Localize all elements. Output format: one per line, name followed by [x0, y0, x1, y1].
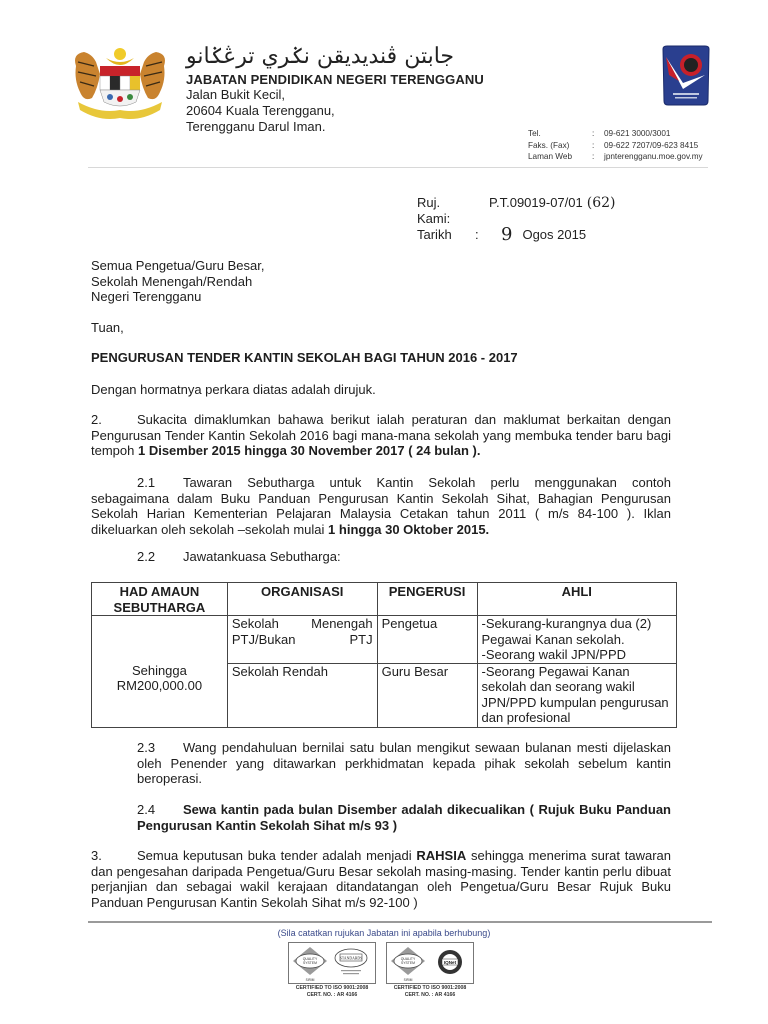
department-name: JABATAN PENDIDIKAN NEGERI TERENGGANU [186, 72, 484, 87]
ahli-cell: -Sekurang-kurangnya dua (2) Pegawai Kana… [477, 616, 677, 664]
paragraph-number: 2.4 [137, 802, 183, 818]
paragraph-3: 3.Semua keputusan buka tender adalah men… [91, 848, 671, 910]
table-row: Sehingga RM200,000.00 Sekolah Menengah P… [92, 616, 677, 664]
organisasi-cell: Sekolah Menengah PTJ/Bukan PTJ [227, 616, 377, 664]
malaysia-coat-of-arms-logo [70, 44, 170, 122]
paragraph-2-4: 2.4Sewa kantin pada bulan Disember adala… [137, 802, 671, 833]
ruj-value: P.T.09019-07/01 [489, 195, 583, 227]
paragraph-text: Wang pendahuluan bernilai satu bulan men… [137, 740, 671, 786]
column-header: HAD AMAUN SEBUTHARGA [92, 583, 228, 616]
ruj-handwritten-number: (62) [587, 195, 616, 227]
address-line-2: 20604 Kuala Terengganu, [186, 103, 335, 118]
ahli-line: -Seorang wakil JPN/PPD [482, 647, 673, 663]
fax-value: 09-622 7207/09-623 8415 [604, 140, 698, 152]
cert-caption-2: CERTIFIED TO ISO 9001:2008 CERT. NO. : A… [382, 985, 478, 999]
cert-number: CERT. NO. : AR 4166 [284, 992, 380, 999]
cert-caption-1: CERTIFIED TO ISO 9001:2008 CERT. NO. : A… [284, 985, 380, 999]
paragraph-number: 2.1 [137, 475, 183, 491]
moe-terengganu-logo [661, 45, 711, 107]
intro-sentence: Dengan hormatnya perkara diatas adalah d… [91, 382, 376, 398]
contact-separator: : [592, 151, 604, 163]
svg-text:SYSTEM: SYSTEM [303, 961, 317, 965]
column-header: ORGANISASI [227, 583, 377, 616]
salutation: Tuan, [91, 320, 124, 336]
sirim-quality-icon: QUALITY SYSTEM SIRIM [293, 947, 327, 982]
ahli-line: -Seorang Pegawai Kanan sekolah dan seora… [482, 664, 673, 726]
paragraph-bold-text: RAHSIA [416, 848, 466, 863]
contact-separator: : [592, 140, 604, 152]
recipients: Semua Pengetua/Guru Besar, Sekolah Menen… [91, 258, 264, 305]
iqnet-icon: IQNet [438, 950, 462, 974]
reference-block: Ruj. Kami: P.T.09019-07/01 (62) Tarikh :… [417, 195, 615, 243]
svg-text:IQNet: IQNet [444, 960, 457, 965]
ahli-line: -Sekurang-kurangnya dua (2) Pegawai Kana… [482, 616, 673, 647]
organisasi-cell: Sekolah Rendah [227, 663, 377, 727]
pengerusi-cell: Pengetua [377, 616, 477, 664]
paragraph-text: Jawatankuasa Sebutharga: [183, 549, 341, 564]
paragraph-2-3: 2.3Wang pendahuluan bernilai satu bulan … [137, 740, 671, 787]
date-day-handwritten: 9 [501, 227, 512, 243]
iso-cert-badge-1: QUALITY SYSTEM SIRIM STANDARDS [288, 942, 376, 984]
date-month-year: Ogos 2015 [522, 227, 586, 243]
reference-number-row: Ruj. Kami: P.T.09019-07/01 (62) [417, 195, 615, 227]
paragraph-number: 2.3 [137, 740, 183, 756]
paragraph-2: 2.Sukacita dimaklumkan bahawa berikut ia… [91, 412, 671, 459]
paragraph-2-1: 2.1Tawaran Sebutharga untuk Kantin Sekol… [91, 475, 671, 537]
date-label: Tarikh [417, 227, 475, 243]
sirim-quality-icon: QUALITY SYSTEM SIRIM [391, 947, 425, 982]
footer-divider [88, 921, 712, 923]
contact-label: Laman Web [528, 151, 592, 163]
amount-cell: Sehingga RM200,000.00 [92, 616, 228, 728]
paragraph-bold-text: 1 hingga 30 Oktober 2015. [328, 522, 489, 537]
paragraph-bold-text: Sewa kantin pada bulan Disember adalah d… [137, 802, 671, 833]
tel-value: 09-621 3000/3001 [604, 128, 670, 140]
paragraph-number: 2.2 [137, 549, 183, 565]
contact-separator: : [592, 128, 604, 140]
committee-table: HAD AMAUN SEBUTHARGA ORGANISASI PENGERUS… [91, 582, 677, 728]
iso-cert-badge-2: QUALITY SYSTEM SIRIM IQNet [386, 942, 474, 984]
letter-subject: PENGURUSAN TENDER KANTIN SEKOLAH BAGI TA… [91, 350, 518, 366]
ruj-label: Ruj. Kami: [417, 195, 475, 227]
address-line-3: Terengganu Darul Iman. [186, 119, 325, 134]
recipient-line: Semua Pengetua/Guru Besar, [91, 258, 264, 274]
paragraph-number: 3. [91, 848, 137, 864]
contact-label: Faks. (Fax) [528, 140, 592, 152]
paragraph-text: Semua keputusan buka tender adalah menja… [137, 848, 416, 863]
standards-mark-icon: STANDARDS [335, 949, 367, 974]
svg-text:SIRIM: SIRIM [306, 978, 315, 982]
contact-block: Tel. : 09-621 3000/3001 Faks. (Fax) : 09… [528, 128, 703, 163]
column-header: PENGERUSI [377, 583, 477, 616]
recipient-line: Sekolah Menengah/Rendah [91, 274, 264, 290]
date-colon: : [475, 227, 495, 243]
contact-web: Laman Web : jpnterengganu.moe.gov.my [528, 151, 703, 163]
contact-tel: Tel. : 09-621 3000/3001 [528, 128, 703, 140]
cert-line: CERTIFIED TO ISO 9001:2008 [382, 985, 478, 992]
cert-line: CERTIFIED TO ISO 9001:2008 [284, 985, 380, 992]
svg-text:SYSTEM: SYSTEM [401, 961, 415, 965]
recipient-line: Negeri Terengganu [91, 289, 264, 305]
cert-number: CERT. NO. : AR 4166 [382, 992, 478, 999]
address-line-1: Jalan Bukit Kecil, [186, 87, 285, 102]
footer-note: (Sila catatkan rujukan Jabatan ini apabi… [0, 928, 768, 938]
ahli-cell: -Seorang Pegawai Kanan sekolah dan seora… [477, 663, 677, 727]
paragraph-bold-text: 1 Disember 2015 hingga 30 November 2017 … [138, 443, 480, 458]
table-header-row: HAD AMAUN SEBUTHARGA ORGANISASI PENGERUS… [92, 583, 677, 616]
column-header: AHLI [477, 583, 677, 616]
header-divider [88, 167, 708, 168]
department-jawi-title: جابتن ڤنديديقن نݢري ترڠݢانو [186, 44, 454, 69]
date-row: Tarikh : 9 Ogos 2015 [417, 227, 615, 243]
paragraph-2-2: 2.2Jawatankuasa Sebutharga: [137, 549, 341, 565]
svg-text:SIRIM: SIRIM [404, 978, 413, 982]
pengerusi-cell: Guru Besar [377, 663, 477, 727]
web-value: jpnterengganu.moe.gov.my [604, 151, 703, 163]
svg-text:STANDARDS: STANDARDS [340, 957, 362, 961]
contact-fax: Faks. (Fax) : 09-622 7207/09-623 8415 [528, 140, 703, 152]
paragraph-number: 2. [91, 412, 137, 428]
contact-label: Tel. [528, 128, 592, 140]
